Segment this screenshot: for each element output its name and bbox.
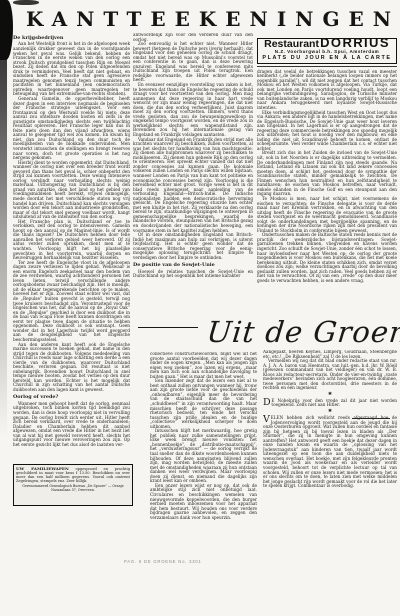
body-paragraph: Generaal Gamelin, de opperbevelhebber, h… <box>13 97 130 161</box>
familiewapen-ad-credit: Gerenommeerd Genealogisch Bureau „De Spo… <box>16 484 130 492</box>
page-footer: PAG. 6 DE GROENE No. 3301 <box>124 559 202 564</box>
body-paragraph: Aan het Westelijk front is het in de afg… <box>13 42 130 97</box>
groene-grab-left-column: collectieve constructiewoorden, blijkt w… <box>150 352 257 548</box>
groene-grab-right-column: Aangepakt, heeren Keynes, Limperg, Goudr… <box>263 350 397 548</box>
body-paragraph: dragen dat veelal de betrekkingen tussch… <box>257 70 397 111</box>
news-item-text: ELEN hebben zich wellicht reeds afgevraa… <box>263 415 397 488</box>
body-paragraph: Elke verbindingsmogelijkheid tusschen We… <box>257 111 397 152</box>
restaurant-tagline: PLATS DU JOUR EN À LA CARTE <box>260 56 394 61</box>
body-paragraph: Vandaar dat Engeland en Frankrijk den st… <box>133 138 253 233</box>
body-paragraph: Te Moskou is men, naar het schijnt, niet… <box>257 197 397 233</box>
familiewapen-ad: UW FAMILIEWAPEN opgespoord en prachtig g… <box>13 464 133 506</box>
body-paragraph: Zoo eenvoudig is het echter niet. Wannee… <box>133 42 253 83</box>
heading-dash-rule <box>138 327 198 328</box>
groene-grab-script-title: Uit de Groene Grab <box>206 317 400 347</box>
body-paragraph: Breidt zich dus in het Zuiden de invloed… <box>257 151 397 196</box>
body-paragraph: Intusschen blijft het merkwaardig, hoe g… <box>150 429 257 484</box>
body-paragraph: Het Fransche plan is, Duitschland er toe… <box>13 220 130 261</box>
body-paragraph: Een onzer lezers wijst er nog op, dat oo… <box>150 484 257 520</box>
scan-corner-artifact <box>0 0 13 60</box>
restaurant-dorrius-ad: Restaurant DORRIUS N.Z. Voorburgwal b.h.… <box>257 38 397 64</box>
dropcap-initial: V <box>263 416 271 424</box>
column-divider-rule <box>257 66 397 67</box>
body-paragraph: Vermelden wij nog dat dit blad onder red… <box>263 359 397 391</box>
restaurant-name: Restaurant DORRIUS <box>260 41 394 49</box>
body-paragraph: Hierbij dient te worden opgemerkt, dat D… <box>13 161 130 220</box>
item-separator-rule <box>352 418 390 419</box>
body-paragraph: Ondertusschen maken de Baltische staten … <box>257 233 397 283</box>
news-item: VELEN hebben zich wellicht reeds afgevra… <box>263 416 397 489</box>
restaurant-address: N.Z. Voorburgwal b.h. Spui, Amsterdam <box>260 50 394 55</box>
body-paragraph: En evenzeer eenzijdige voorstelling van … <box>133 83 253 138</box>
column-3: Restaurant DORRIUS N.Z. Voorburgwal b.h.… <box>257 38 397 320</box>
body-paragraph: Wanneer men gehoopt heeft dat de oorlog,… <box>13 402 130 447</box>
page-title: KANTTEEKENINGEN <box>26 7 398 31</box>
body-paragraph: collectieve constructiewoorden, blijkt w… <box>150 352 257 379</box>
scan-edge-artifact <box>0 0 7 436</box>
section-heading-sowjet-unie: De positie van de Sowjet-Unie <box>133 263 253 268</box>
news-item-text: E Nobelprijs voor den vrede zal dit jaar… <box>271 398 397 408</box>
news-item: DE Nobelprijs voor den vrede zal dit jaa… <box>263 399 397 408</box>
column-1: De krijgsbedrijven Aan het Westelijk fro… <box>13 33 130 458</box>
body-paragraph: Aan den anderen kant heeft ook de Engels… <box>13 343 130 393</box>
scan-speck-artifact <box>13 0 39 5</box>
newspaper-page: KANTTEEKENINGEN De krijgsbedrijven Aan h… <box>0 0 400 616</box>
body-paragraph: Ter zee heeft de Engelsche vloot in de a… <box>13 261 130 343</box>
section-heading-krijgsbedrijven: De krijgsbedrijven <box>13 36 130 41</box>
body-paragraph: Of in deze omstandigheden Engeland van B… <box>133 233 253 260</box>
body-paragraph: Hoewel de relaties tusschen de Sowjet-Un… <box>133 270 253 279</box>
column-2: antwoordelijk zijn voor den verderen duu… <box>133 33 253 320</box>
body-paragraph: Een inzender zegt dat de lezers een niet… <box>150 379 257 429</box>
section-heading-oorlog-of-vrede: Oorlog of vrede? <box>13 395 130 400</box>
